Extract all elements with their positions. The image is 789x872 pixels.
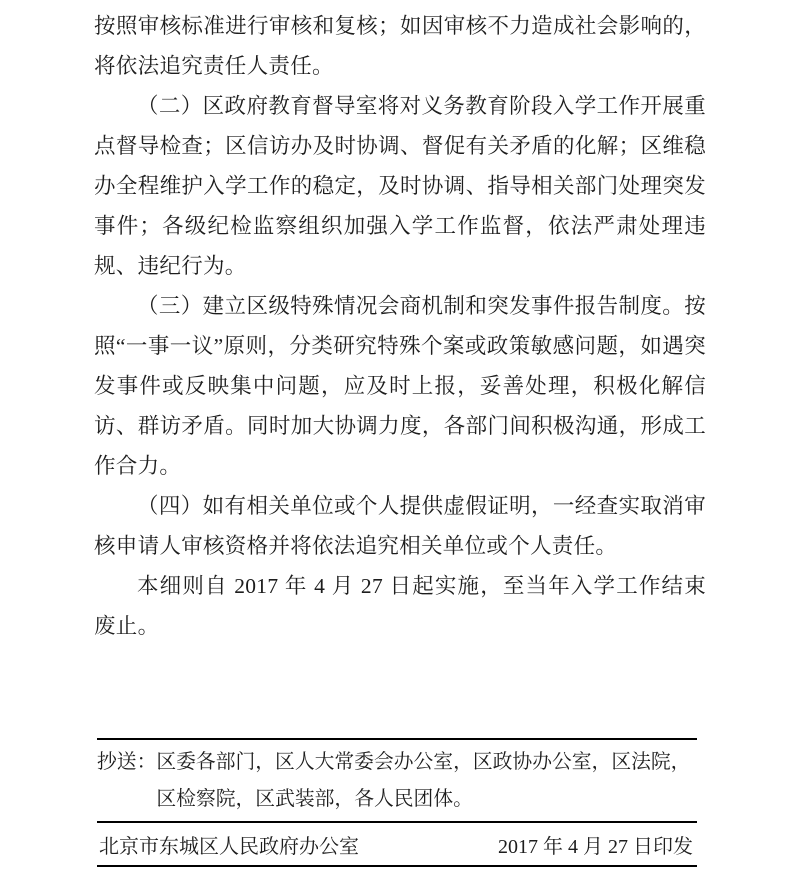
paragraph: 按照审核标准进行审核和复核；如因审核不力造成社会影响的，将依法追究责任人责任。 bbox=[94, 6, 706, 86]
paragraph: 本细则自 2017 年 4 月 27 日起实施，至当年入学工作结束废止。 bbox=[94, 566, 706, 646]
page-footer: 抄送：区委各部门，区人大常委会办公室，区政协办公室，区法院，区检察院，区武装部，… bbox=[97, 738, 697, 867]
print-date: 2017 年 4 月 27 日印发 bbox=[498, 830, 693, 859]
paragraph: （四）如有相关单位或个人提供虚假证明，一经查实取消审核申请人审核资格并将依法追究… bbox=[94, 486, 706, 566]
paragraph: （二）区政府教育督导室将对义务教育阶段入学工作开展重点督导检查；区信访办及时协调… bbox=[94, 86, 706, 286]
copy-to-block: 抄送：区委各部门，区人大常委会办公室，区政协办公室，区法院，区检察院，区武装部，… bbox=[97, 740, 697, 821]
paragraph: （三）建立区级特殊情况会商机制和突发事件报告制度。按照“一事一议”原则，分类研究… bbox=[94, 286, 706, 486]
body-text-block: 按照审核标准进行审核和复核；如因审核不力造成社会影响的，将依法追究责任人责任。（… bbox=[94, 6, 706, 646]
copy-to-label: 抄送： bbox=[97, 751, 156, 773]
document-page: 按照审核标准进行审核和复核；如因审核不力造成社会影响的，将依法追究责任人责任。（… bbox=[0, 0, 789, 872]
issuing-office: 北京市东城区人民政府办公室 bbox=[99, 830, 359, 859]
issuer-row: 北京市东城区人民政府办公室 2017 年 4 月 27 日印发 bbox=[97, 823, 697, 865]
footer-bottom-rule bbox=[97, 865, 697, 867]
copy-to-list: 区委各部门，区人大常委会办公室，区政协办公室，区法院，区检察院，区武装部，各人民… bbox=[156, 751, 690, 810]
